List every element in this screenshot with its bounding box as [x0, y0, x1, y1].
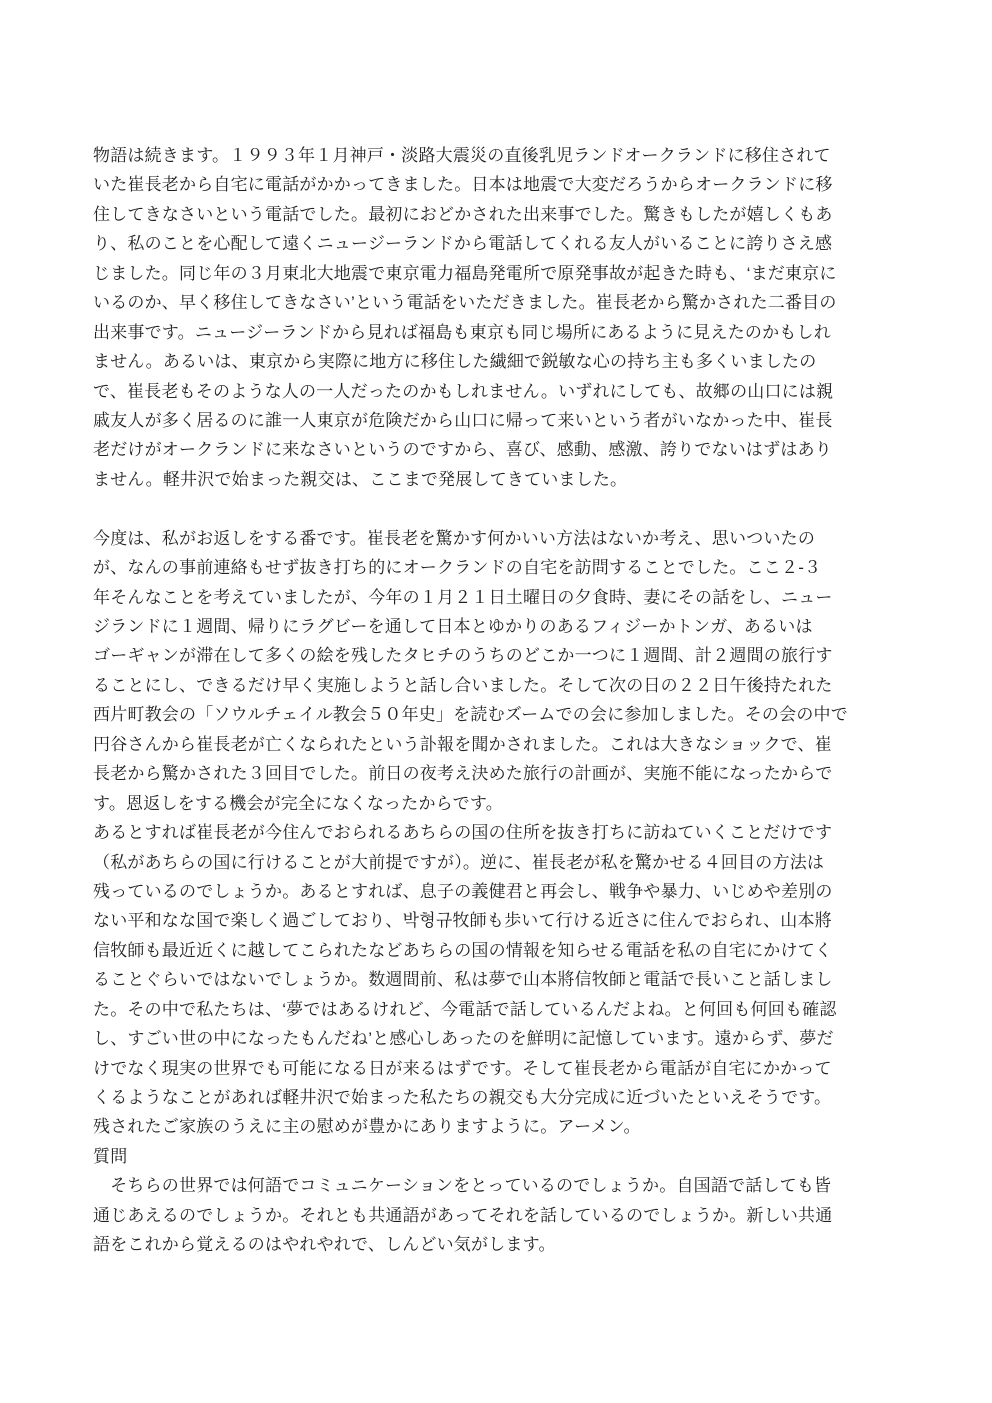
- text-line: 円谷さんから崔長老が亡くなられたという訃報を聞かされました。これは大きなショック…: [93, 730, 905, 759]
- text-line: で、崔長老もそのような人の一人だったのかもしれません。いずれにしても、故郷の山口…: [93, 377, 905, 406]
- text-line: くるようなことがあれば軽井沢で始まった私たちの親交も大分完成に近づいたといえそう…: [93, 1083, 905, 1112]
- text-line: 老だけがオークランドに来なさいというのですから、喜び、感動、感激、誇りでないはず…: [93, 435, 905, 464]
- text-line: 出来事です。ニュージーランドから見れば福島も東京も同じ場所にあるように見えたのか…: [93, 318, 905, 347]
- text-line: （私があちらの国に行けることが大前提ですが）。逆に、崔長老が私を驚かせる４回目の…: [93, 848, 905, 877]
- paragraph: 物語は続きます。１９９３年１月神戸・淡路大震災の直後乳児ランドオークランドに移住…: [93, 141, 905, 494]
- text-line: いた崔長老から自宅に電話がかかってきました。日本は地震で大変だろうからオークラン…: [93, 170, 905, 199]
- text-line: 今度は、私がお返しをする番です。崔長老を驚かす何かいい方法はないか考え、思いつい…: [93, 524, 905, 553]
- text-line: ません。軽井沢で始まった親交は、ここまで発展してきていました。: [93, 465, 905, 494]
- text-line: し、すごい世の中になったもんだね’と感心しあったのを鮮明に記憶しています。遠から…: [93, 1024, 905, 1053]
- text-line: ジランドに１週間、帰りにラグビーを通して日本とゆかりのあるフィジーかトンガ、ある…: [93, 612, 905, 641]
- paragraph: 今度は、私がお返しをする番です。崔長老を驚かす何かいい方法はないか考え、思いつい…: [93, 524, 905, 1260]
- text-line: ることにし、できるだけ早く実施しようと話し合いました。そして次の日の２２日午後持…: [93, 671, 905, 700]
- document-body: 物語は続きます。１９９３年１月神戸・淡路大震災の直後乳児ランドオークランドに移住…: [93, 141, 905, 1260]
- text-line: ゴーギャンが滞在して多くの絵を残したタヒチのうちのどこか一つに１週間、計２週間の…: [93, 641, 905, 670]
- text-line: あるとすれば崔長老が今住んでおられるあちらの国の住所を抜き打ちに訪ねていくことだ…: [93, 818, 905, 847]
- text-line: 通じあえるのでしょうか。それとも共通語があってそれを話しているのでしょうか。新し…: [93, 1201, 905, 1230]
- text-line: けでなく現実の世界でも可能になる日が来るはずです。そして崔長老から電話が自宅にか…: [93, 1054, 905, 1083]
- text-line: ない平和なな国で楽しく過ごしており、박형규牧師も歩いて行ける近さに住んでおられ、…: [93, 906, 905, 935]
- text-line: 戚友人が多く居るのに誰一人東京が危険だから山口に帰って来いという者がいなかった中…: [93, 406, 905, 435]
- text-line: 年そんなことを考えていましたが、今年の１月２１日土曜日の夕食時、妻にその話をし、…: [93, 583, 905, 612]
- text-line: 残っているのでしょうか。あるとすれば、息子の義健君と再会し、戦争や暴力、いじめや…: [93, 877, 905, 906]
- text-line: 残されたご家族のうえに主の慰めが豊かにありますように。アーメン。: [93, 1112, 905, 1141]
- text-line: 信牧師も最近近くに越してこられたなどあちらの国の情報を知らせる電話を私の自宅にか…: [93, 936, 905, 965]
- text-line: いるのか、早く移住してきなさい’という電話をいただきました。崔長老から驚かされた…: [93, 288, 905, 317]
- text-line: が、なんの事前連絡もせず抜き打ち的にオークランドの自宅を訪問することでした。ここ…: [93, 553, 905, 582]
- text-line: 語をこれから覚えるのはやれやれで、しんどい気がします。: [93, 1230, 905, 1259]
- text-line: 住してきなさいという電話でした。最初におどかされた出来事でした。驚きもしたが嬉し…: [93, 200, 905, 229]
- text-line: ることぐらいではないでしょうか。数週間前、私は夢で山本將信牧師と電話で長いこと話…: [93, 965, 905, 994]
- text-line: 質問: [93, 1142, 905, 1171]
- text-line: そちらの世界では何語でコミュニケーションをとっているのでしょうか。自国語で話して…: [93, 1171, 905, 1200]
- text-line: 西片町教会の「ソウルチェイル教会５０年史」を読むズームでの会に参加しました。その…: [93, 700, 905, 729]
- document-page: 物語は続きます。１９９３年１月神戸・淡路大震災の直後乳児ランドオークランドに移住…: [0, 0, 992, 1403]
- text-line: り、私のことを心配して遠くニュージーランドから電話してくれる友人がいることに誇り…: [93, 229, 905, 258]
- text-line: 物語は続きます。１９９３年１月神戸・淡路大震災の直後乳児ランドオークランドに移住…: [93, 141, 905, 170]
- text-line: ません。あるいは、東京から実際に地方に移住した繊細で鋭敏な心の持ち主も多くいまし…: [93, 347, 905, 376]
- text-line: た。その中で私たちは、‘夢ではあるけれど、今電話で話しているんだよね。と何回も何…: [93, 995, 905, 1024]
- text-line: じました。同じ年の３月東北大地震で東京電力福島発電所で原発事故が起きた時も、‘ま…: [93, 259, 905, 288]
- text-line: 長老から驚かされた３回目でした。前日の夜考え決めた旅行の計画が、実施不能になった…: [93, 759, 905, 788]
- text-line: す。恩返しをする機会が完全になくなったからです。: [93, 789, 905, 818]
